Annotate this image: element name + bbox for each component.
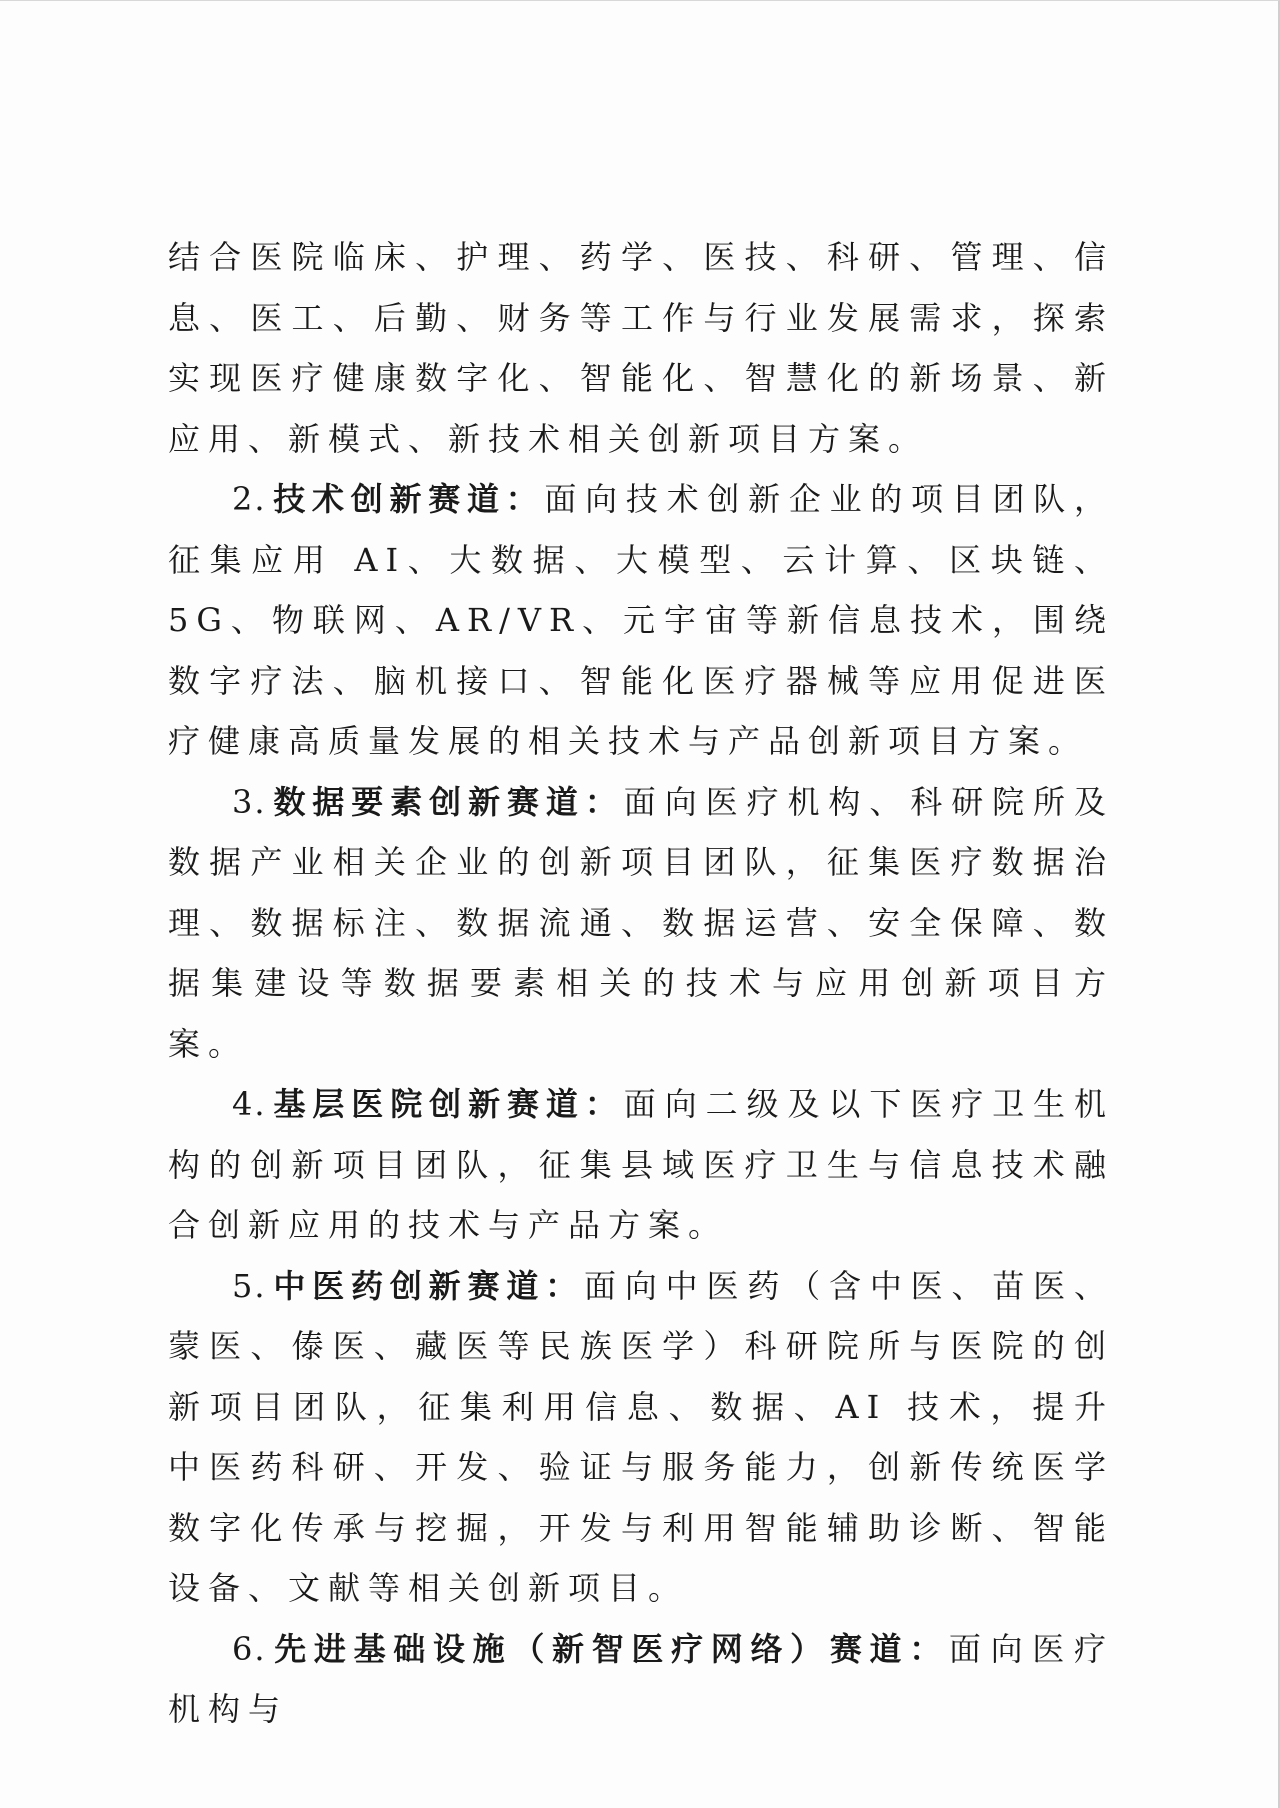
paragraph-text: 面向技术创新企业的项目团队，征集应用 AI、大数据、大模型、云计算、区块链、5G… [168,480,1114,760]
paragraph-track-5: 5.中医药创新赛道：面向中医药（含中医、苗医、蒙医、傣医、藏医等民族医学）科研院… [168,1256,1114,1619]
paragraph-track-2: 2.技术创新赛道：面向技术创新企业的项目团队，征集应用 AI、大数据、大模型、云… [168,469,1114,772]
scanned-document-page: 结合医院临床、护理、药学、医技、科研、管理、信息、医工、后勤、财务等工作与行业发… [0,0,1280,1808]
paragraph-text: 面向医疗机构、科研院所及数据产业相关企业的创新项目团队，征集医疗数据治理、数据标… [168,783,1114,1063]
paragraph-number: 5. [232,1267,267,1305]
paragraph-number: 3. [232,783,267,821]
paragraph-continuation: 结合医院临床、护理、药学、医技、科研、管理、信息、医工、后勤、财务等工作与行业发… [168,227,1114,469]
track-title: 数据要素创新赛道： [273,783,624,821]
paragraph-text: 结合医院临床、护理、药学、医技、科研、管理、信息、医工、后勤、财务等工作与行业发… [168,238,1114,458]
paragraph-track-4: 4.基层医院创新赛道：面向二级及以下医疗卫生机构的创新项目团队，征集县域医疗卫生… [168,1074,1114,1256]
paragraph-track-3: 3.数据要素创新赛道：面向医疗机构、科研院所及数据产业相关企业的创新项目团队，征… [168,772,1114,1075]
track-title: 技术创新赛道： [273,480,545,518]
track-title: 中医药创新赛道： [273,1267,584,1305]
document-body: 结合医院临床、护理、药学、医技、科研、管理、信息、医工、后勤、财务等工作与行业发… [168,227,1114,1740]
paragraph-track-6: 6.先进基础设施（新智医疗网络）赛道：面向医疗机构与 [168,1619,1114,1740]
paragraph-number: 4. [232,1085,267,1123]
paragraph-text: 面向中医药（含中医、苗医、蒙医、傣医、藏医等民族医学）科研院所与医院的创新项目团… [168,1267,1114,1608]
paragraph-number: 2. [232,480,267,518]
track-title: 先进基础设施（新智医疗网络）赛道： [273,1630,949,1668]
track-title: 基层医院创新赛道： [273,1085,624,1123]
paragraph-number: 6. [232,1630,267,1668]
